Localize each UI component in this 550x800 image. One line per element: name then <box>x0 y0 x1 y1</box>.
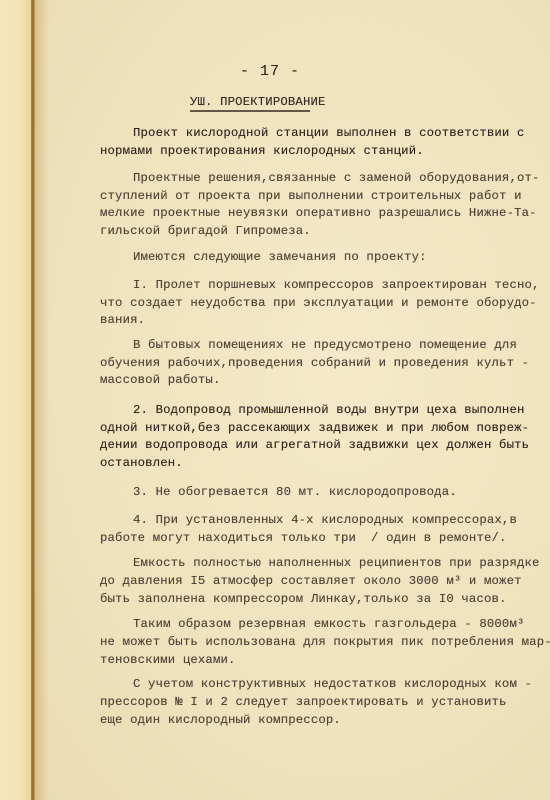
text-line: 2. Водопровод промышленной воды внутри ц… <box>133 404 525 416</box>
text-line: до давления I5 атмосфер составляет около… <box>100 575 522 587</box>
text-line: остановлен. <box>100 457 183 469</box>
text-line: гильской бригадой Гипромеза. <box>100 225 311 237</box>
page-number: - 17 - <box>240 64 300 79</box>
text-line: нормами проектирования кислородных станц… <box>100 145 424 157</box>
text-line: теновскими цехами. <box>100 654 236 666</box>
text-line: В бытовых помещениях не предусмотрено по… <box>133 339 517 351</box>
text-line: что создает неудобства при эксплуатации … <box>100 297 537 309</box>
text-line: дении водопровода или агрегатной задвижк… <box>100 439 529 451</box>
text-line: вания. <box>100 314 145 326</box>
text-line: еще один кислородный компрессор. <box>100 714 341 726</box>
text-line: Имеются следующие замечания по проекту: <box>133 251 427 263</box>
section-heading: УШ. ПРОЕКТИРОВАНИЕ <box>190 96 326 108</box>
text-line: 3. Не обогревается 80 мт. кислородопрово… <box>133 486 457 498</box>
text-line: одной ниткой,без рассекающих задвижек и … <box>100 422 529 434</box>
text-line: работе могут находиться только три / оди… <box>100 532 507 544</box>
facing-page-margin <box>0 0 32 800</box>
heading-underline <box>190 110 310 112</box>
text-line: ступлений от проекта при выполнении стро… <box>100 190 522 202</box>
text-line: обучения рабочих,проведения собраний и п… <box>100 357 529 369</box>
text-line: мелкие проектные неувязки оперативно раз… <box>100 207 537 219</box>
text-line: прессоров № I и 2 следует запроектироват… <box>100 696 507 708</box>
text-line: быть заполнена компрессором Линкау,тольк… <box>100 593 507 605</box>
text-line: 4. При установленных 4-х кислородных ком… <box>133 514 517 526</box>
text-line: Емкость полностью наполненных реципиенто… <box>133 557 540 569</box>
text-line: С учетом конструктивных недостатков кисл… <box>133 678 532 690</box>
text-line: Таким образом резервная емкость газгольд… <box>133 618 525 630</box>
text-line: Проект кислородной станции выполнен в со… <box>133 127 525 139</box>
text-line: не может быть использована для покрытия … <box>100 636 550 648</box>
text-line: Проектные решения,связанные с заменой об… <box>133 172 540 184</box>
text-line: массовой работы. <box>100 374 220 386</box>
text-line: I. Пролет поршневых компрессоров запроек… <box>133 279 540 291</box>
